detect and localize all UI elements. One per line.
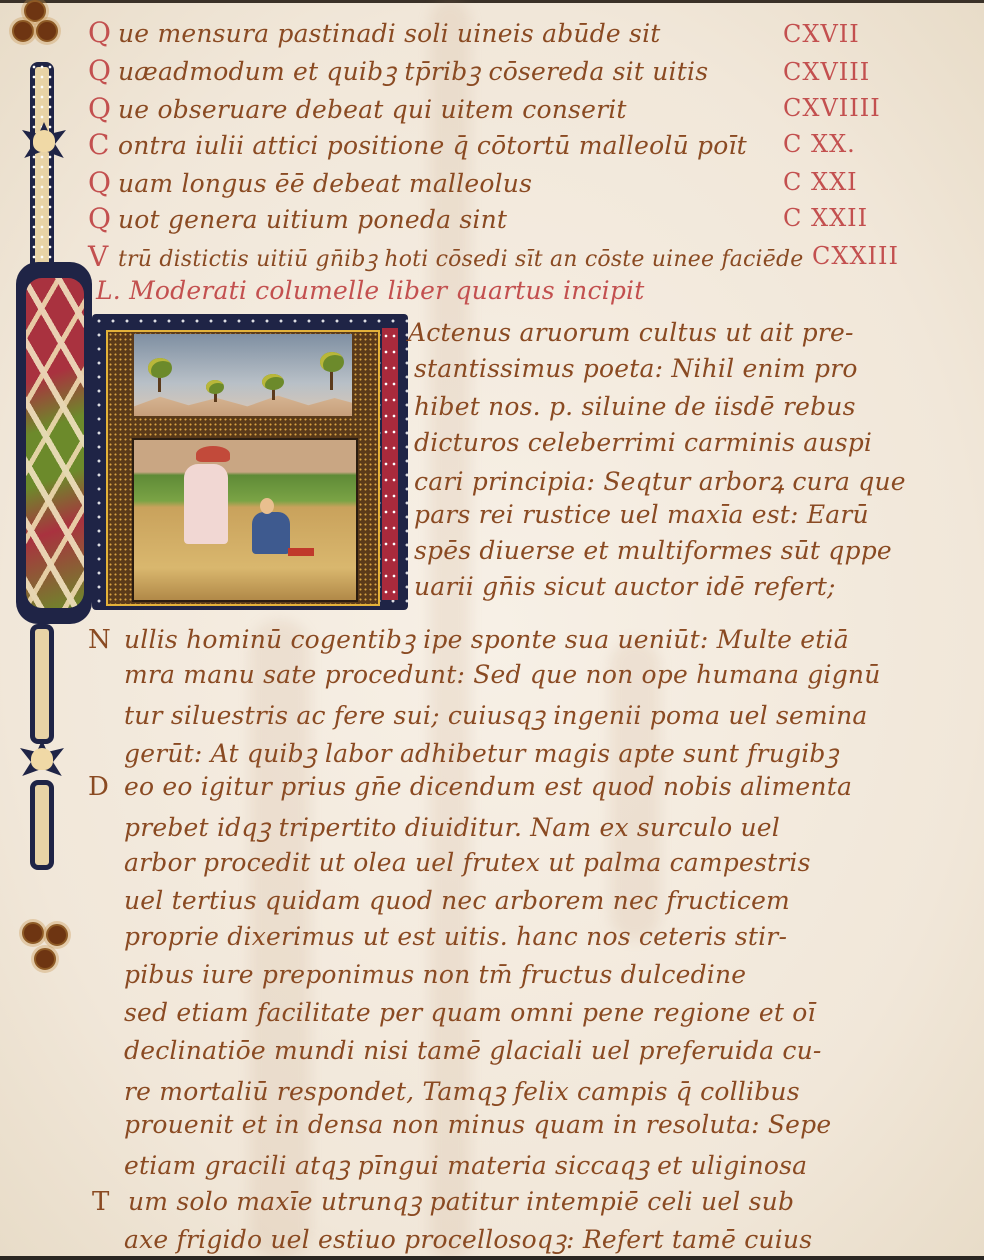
flower-core [31,748,53,770]
vine-dots [30,62,54,262]
berry-ornament-icon [24,0,46,22]
chapter-number: CXXIII [812,242,899,270]
text-line: pars rei rustice uel maxīa est: Earū [414,500,869,529]
berry-ornament-icon [34,948,56,970]
section-initial: T [92,1187,128,1217]
chapter-number: C XXI [783,168,858,196]
chapter-entry: Que obseruare debeat qui uitem conserit [88,92,627,125]
text-line: pibus iure preponimus non tm̄ fructus du… [124,960,746,989]
chapter-number: C XX. [783,130,856,158]
line-text: eo eo igitur prius gn̄e dicendum est quo… [124,772,852,801]
chapter-text: trū distictis uitiū gn̄ibꝫ hoti cōsedi s… [118,247,804,272]
chapter-entry: Vtrū distictis uitiū gn̄ibꝫ hoti cōsedi … [88,240,804,273]
tree-trunk [330,370,333,390]
red-hat [196,446,230,462]
text-line: axe frigido uel estiuo procellosoqꝫ: Ref… [124,1222,812,1256]
chapter-number: CXVII [783,20,860,48]
chapter-text: ontra iulii attici positione q̄ cōtortū … [118,131,747,160]
line-text: ullis hominū cogentibꝫ ipe sponte sua ue… [124,625,849,654]
vine-stem [30,624,54,744]
text-line: declinatiōe mundi nisi tamē glaciali uel… [124,1036,822,1065]
text-line: uarii gn̄is sicut auctor idē refert; [414,572,836,601]
text-line: dicturos celeberrimi carminis auspi [414,428,872,457]
rubric-initial: C [88,128,118,161]
text-line: hibet nos. p. siluine de iisdē rebus [414,392,856,421]
red-hose [288,548,314,556]
page-top-edge [0,0,984,3]
illuminated-initial-h [92,314,408,610]
berry-ornament-icon [12,20,34,42]
text-line: Actenus aruorum cultus ut ait pre- [408,318,854,347]
tree-icon [262,374,284,390]
chapter-entry: Quæadmodum et quibꝫ tp̄ribꝫ cōsereda sit… [88,54,708,88]
interlace-vines [26,278,84,608]
text-line: arbor procedit ut olea uel frutex ut pal… [124,848,811,877]
rubric-initial: V [88,240,118,273]
text-line: spēs diuerse et multiformes sūt qppe [414,536,892,565]
chapter-text: uam longus ēē debeat malleolus [118,169,532,198]
rubric-initial: Q [88,92,118,125]
berry-ornament-icon [46,924,68,946]
chapter-text: ue obseruare debeat qui uitem conserit [118,95,627,124]
manuscript-page: Que mensura pastinadi soli uineis abūde … [0,0,984,1260]
text-line: sed etiam facilitate per quam omni pene … [124,998,816,1027]
kneeling-laborer-figure [252,512,290,554]
berry-ornament-icon [22,922,44,944]
chapter-text: uæadmodum et quibꝫ tp̄ribꝫ cōsereda sit … [118,57,708,86]
rubric-initial: Q [88,16,118,49]
chapter-number: C XXII [783,204,868,232]
text-line: tur siluestris ac fere sui; cuiusqꝫ inge… [124,698,868,732]
chapter-number: CXVIII [783,58,870,86]
chapter-entry: Que mensura pastinadi soli uineis abūde … [88,16,661,49]
text-line: etiam gracili atqꝫ pīngui materia siccaq… [124,1148,807,1182]
rubric-initial: Q [88,166,118,199]
chapter-entry: Quot genera uitium poneda sint [88,202,507,235]
rubric-initial: Q [88,202,118,235]
rubric-initial: Q [88,54,118,87]
berry-ornament-icon [36,20,58,42]
text-line: prebet idqꝫ tripertito diuiditur. Nam ex… [124,810,780,844]
line-text: um solo maxīe utrunqꝫ patitur intempiē c… [128,1187,794,1216]
tree-icon [320,352,344,372]
text-line: mra manu sate procedunt: Sed que non ope… [124,660,881,689]
red-bar-dots [382,328,398,600]
chapter-text: uot genera uitium poneda sint [118,205,507,234]
miniature-field-scene [132,438,358,602]
text-line: proprie dixerimus ut est uitis. hanc nos… [124,922,787,951]
text-line: Deo eo igitur prius gn̄e dicendum est qu… [88,772,852,802]
tree-icon [148,358,172,378]
laborer-figure [184,464,228,544]
chapter-entry: Contra iulii attici positione q̄ cōtortū… [88,128,747,161]
flower-core [33,130,55,152]
text-line: stantissimus poeta: Nihil enim pro [414,354,858,383]
chapter-entry: Quam longus ēē debeat malleolus [88,166,532,199]
tree-icon [206,380,224,394]
section-initial: D [88,772,124,802]
text-line: Tum solo maxīe utrunqꝫ patitur intempiē … [92,1184,794,1218]
text-line: cari principia: Seqtur arborꝝ cura que [414,464,906,498]
text-line: gerūt: At quibꝫ labor adhibetur magis ap… [124,736,839,770]
text-line: prouenit et in densa non minus quam in r… [124,1110,831,1139]
laborer-head [260,498,274,514]
text-line: Nullis hominū cogentibꝫ ipe sponte sua u… [88,622,849,656]
vine-stem [30,780,54,870]
text-line: re mortaliū respondet, Tamqꝫ felix campi… [124,1074,800,1108]
chapter-number: CXVIIII [783,94,881,122]
page-bottom-edge [0,1256,984,1260]
text-line: uel tertius quidam quod nec arborem nec … [124,886,790,915]
chapter-text: ue mensura pastinadi soli uineis abūde s… [118,19,661,48]
incipit-heading: L. Moderati columelle liber quartus inci… [96,276,644,305]
section-initial: N [88,625,124,655]
